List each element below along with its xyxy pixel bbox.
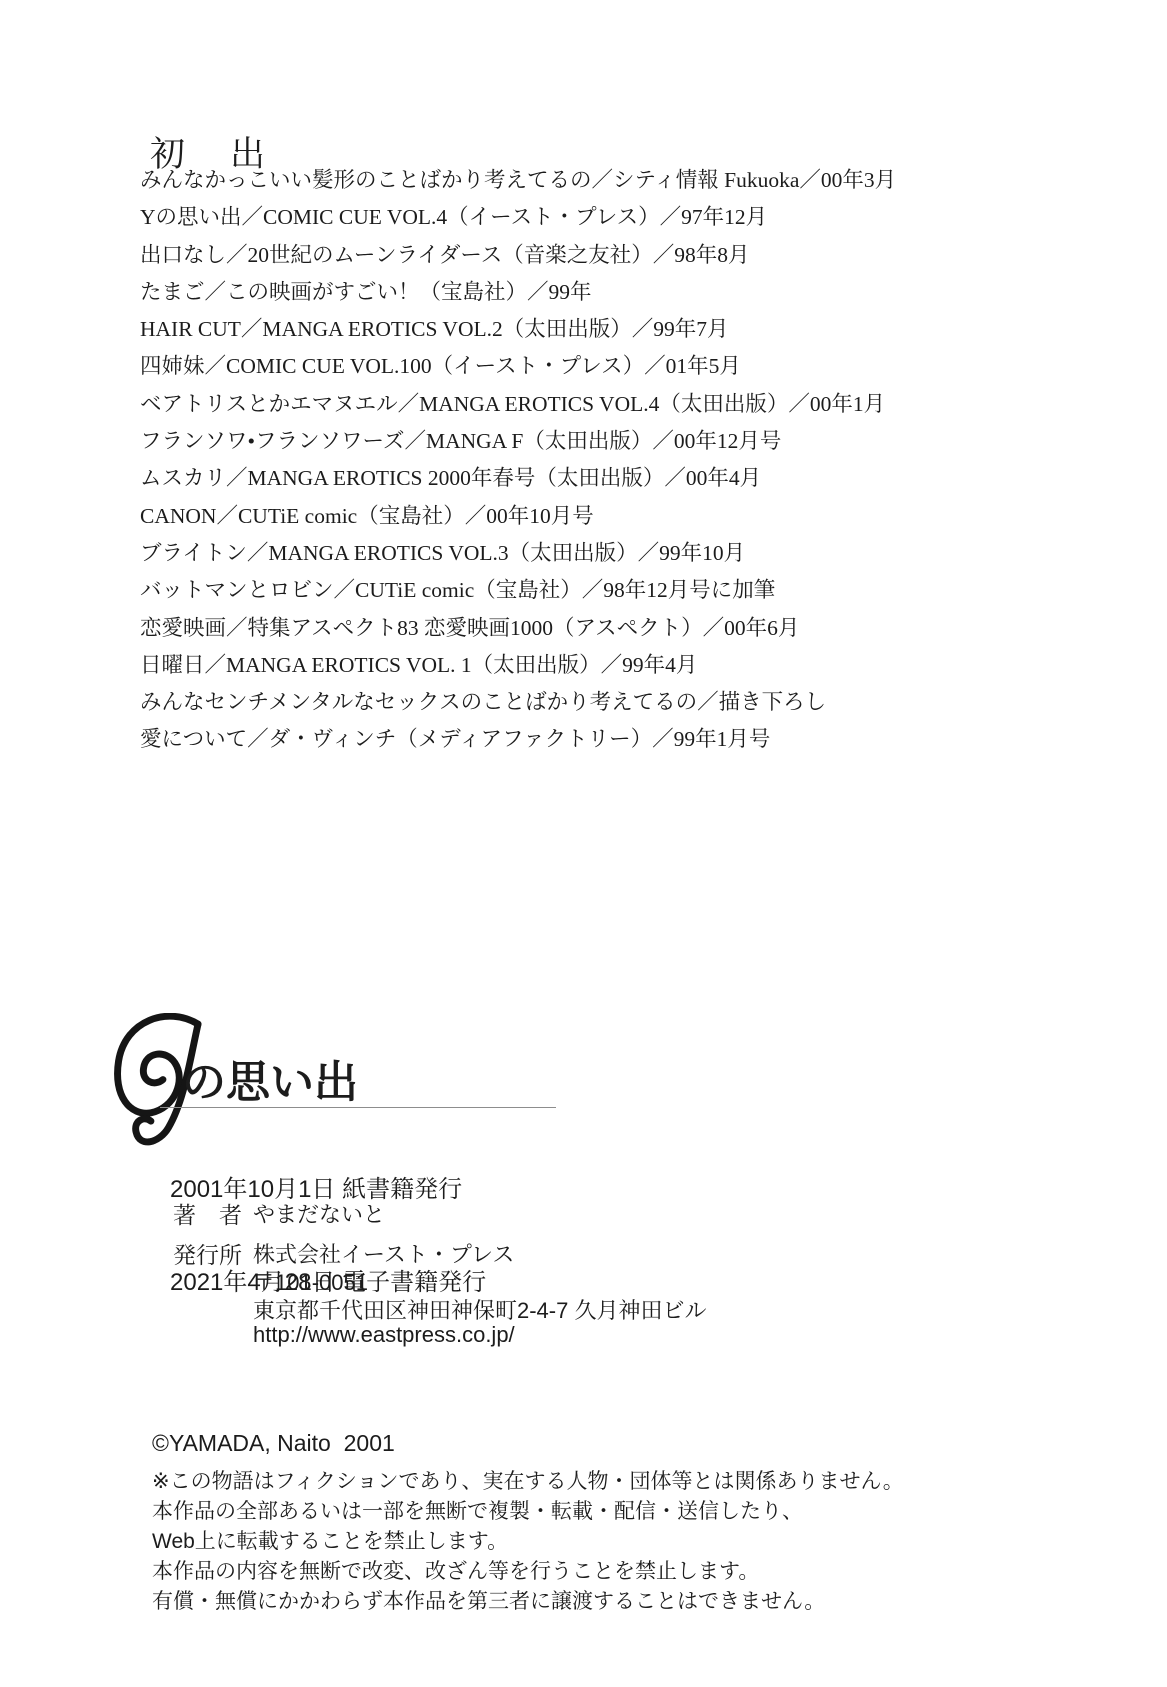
credit-item: Yの思い出／COMIC CUE VOL.4（イースト・プレス）／97年12月 [140,199,1130,236]
credit-item: みんなセンチメンタルなセックスのことばかり考えてるの／描き下ろし [140,684,1130,721]
colophon-page: 初 出 みんなかっこいい髪形のことばかり考えてるの／シティ情報 Fukuoka／… [0,0,1167,1687]
credit-item: みんなかっこいい髪形のことばかり考えてるの／シティ情報 Fukuoka／00年3… [140,162,1130,199]
notice-line: Web上に転載することを禁止します。 [152,1527,904,1557]
publisher-postal-code: 〒101-0051 [253,1266,368,1297]
credit-item: バットマンとロビン／CUTiE comic（宝島社）／98年12月号に加筆 [140,572,1130,609]
author-label: 著 者 [173,1197,242,1230]
credit-item: 日曜日／MANGA EROTICS VOL. 1（太田出版）／99年4月 [140,647,1130,684]
credit-item: HAIR CUT／MANGA EROTICS VOL.2（太田出版）／99年7月 [140,311,1130,348]
credit-item: 愛について／ダ・ヴィンチ（メディアファクトリー）／99年1月号 [140,721,1130,758]
legal-notices: ※この物語はフィクションであり、実在する人物・団体等とは関係ありません。 本作品… [152,1467,904,1617]
notice-line: ※この物語はフィクションであり、実在する人物・団体等とは関係ありません。 [152,1467,904,1497]
logo-underline-rule [160,1107,556,1108]
credit-item: ムスカリ／MANGA EROTICS 2000年春号（太田出版）／00年4月 [140,460,1130,497]
logo-wordmark: の思い出 [182,1046,358,1110]
author-name: やまだないと [253,1198,385,1229]
publisher-url: http://www.eastpress.co.jp/ [253,1322,515,1348]
credit-item: CANON／CUTiE comic（宝島社）／00年10月号 [140,498,1130,535]
notice-line: 本作品の全部あるいは一部を無断で複製・転載・配信・送信したり、 [152,1497,904,1527]
notice-line: 有償・無償にかかわらず本作品を第三者に譲渡することはできません。 [152,1587,904,1617]
credit-item: フランソワ•フランソワーズ／MANGA F（太田出版）／00年12月号 [140,423,1130,460]
credit-item: たまご／この映画がすごい！（宝島社）／99年 [140,274,1130,311]
publisher-name: 株式会社イースト・プレス [253,1238,514,1269]
credit-item: 四姉妹／COMIC CUE VOL.100（イースト・プレス）／01年5月 [140,348,1130,385]
copyright-line: ©YAMADA, Naito 2001 [152,1430,395,1457]
credit-item: ベアトリスとかエマヌエル／MANGA EROTICS VOL.4（太田出版）／0… [140,386,1130,423]
credit-item: ブライトン／MANGA EROTICS VOL.3（太田出版）／99年10月 [140,535,1130,572]
credits-list: みんなかっこいい髪形のことばかり考えてるの／シティ情報 Fukuoka／00年3… [140,162,1130,759]
notice-line: 本作品の内容を無断で改変、改ざん等を行うことを禁止します。 [152,1557,904,1587]
publisher-address: 東京都千代田区神田神保町2-4-7 久月神田ビル [253,1294,706,1325]
credit-item: 恋愛映画／特集アスペクト83 恋愛映画1000（アスペクト）／00年6月 [140,610,1130,647]
publisher-label: 発行所 [173,1237,242,1270]
credit-item: 出口なし／20世紀のムーンライダース（音楽之友社）／98年8月 [140,237,1130,274]
